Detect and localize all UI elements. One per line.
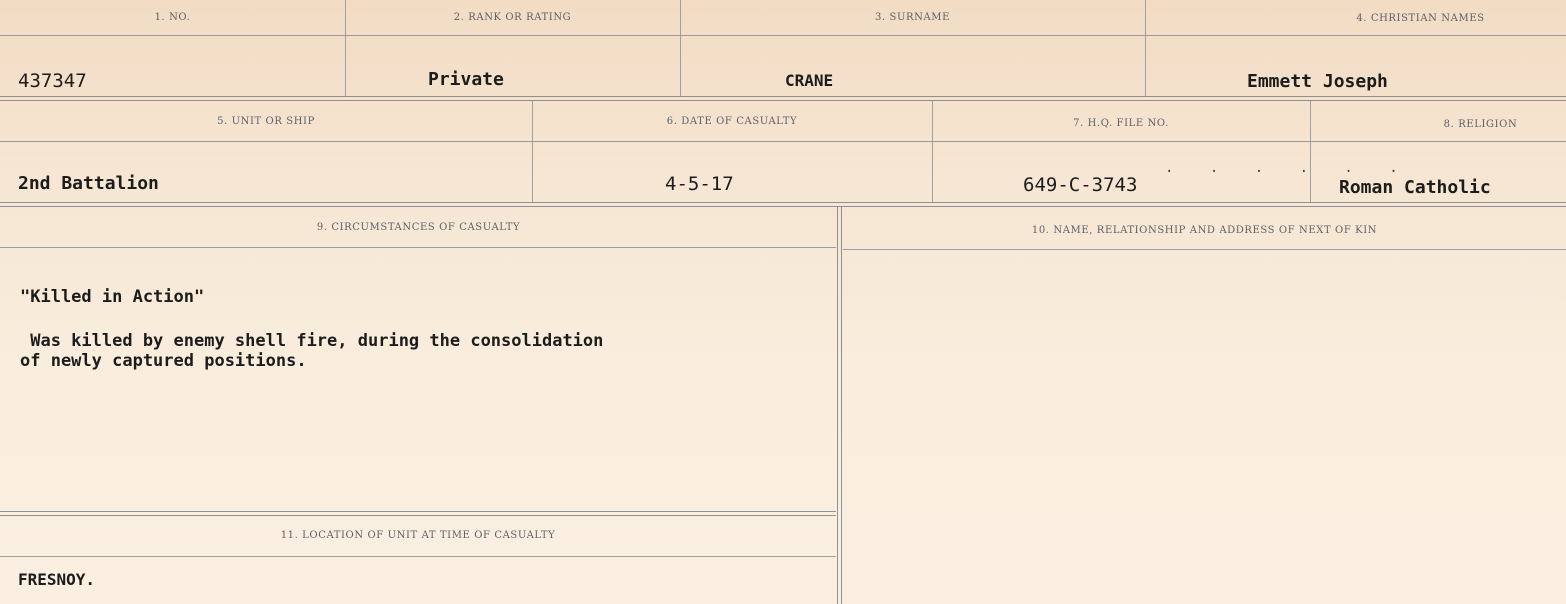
field-label-surname: 3. SURNAME (680, 12, 1145, 23)
field-value-christian-names: Emmett Joseph (1247, 71, 1388, 92)
field-label-hq-file: 7. H.Q. FILE NO. (932, 118, 1310, 129)
circumstances-status: "Killed in Action" (20, 287, 204, 307)
col-divider (1145, 0, 1146, 97)
section-divider (837, 207, 842, 604)
col-divider (345, 0, 346, 97)
row1-bottom-rule (0, 96, 1566, 101)
field-label-next-of-kin: 10. NAME, RELATIONSHIP AND ADDRESS OF NE… (843, 225, 1566, 236)
casualty-record-card: 1. NO. 2. RANK OR RATING 3. SURNAME 4. C… (0, 0, 1566, 604)
field-value-date: 4-5-17 (665, 173, 734, 195)
row1-header-rule (0, 35, 1566, 36)
field-label-location: 11. LOCATION OF UNIT AT TIME OF CASUALTY (0, 530, 836, 541)
row3-header-rule (0, 247, 836, 248)
field-value-unit: 2nd Battalion (18, 173, 159, 194)
field-label-rank: 2. RANK OR RATING (345, 12, 680, 23)
field-value-surname: CRANE (785, 71, 833, 90)
field-value-rank: Private (428, 69, 504, 90)
row2-bottom-rule (0, 202, 1566, 207)
field-value-hq-file: 649-C-3743 (1023, 174, 1137, 196)
file-dots: . . . . . . (1165, 160, 1412, 176)
field-label-circumstances: 9. CIRCUMSTANCES OF CASUALTY (0, 222, 837, 233)
field-label-date: 6. DATE OF CASUALTY (532, 116, 932, 127)
row2-header-rule (0, 141, 1566, 142)
col-divider (532, 100, 533, 203)
circumstances-bottom-rule (0, 511, 836, 516)
circumstances-detail: Was killed by enemy shell fire, during t… (20, 331, 603, 371)
field-value-religion: Roman Catholic (1339, 177, 1491, 198)
field-label-christian-names: 4. CHRISTIAN NAMES (1145, 13, 1566, 24)
col-divider (680, 0, 681, 97)
col-divider (1310, 100, 1311, 203)
row3-header-rule-right (843, 249, 1566, 250)
field-label-no: 1. NO. (0, 12, 345, 23)
col-divider (932, 100, 933, 203)
field-value-no: 437347 (18, 70, 87, 92)
field-label-religion: 8. RELIGION (1310, 119, 1566, 130)
field-value-location: FRESNOY. (18, 570, 95, 589)
location-header-rule (0, 556, 836, 557)
field-label-unit: 5. UNIT OR SHIP (0, 116, 532, 127)
